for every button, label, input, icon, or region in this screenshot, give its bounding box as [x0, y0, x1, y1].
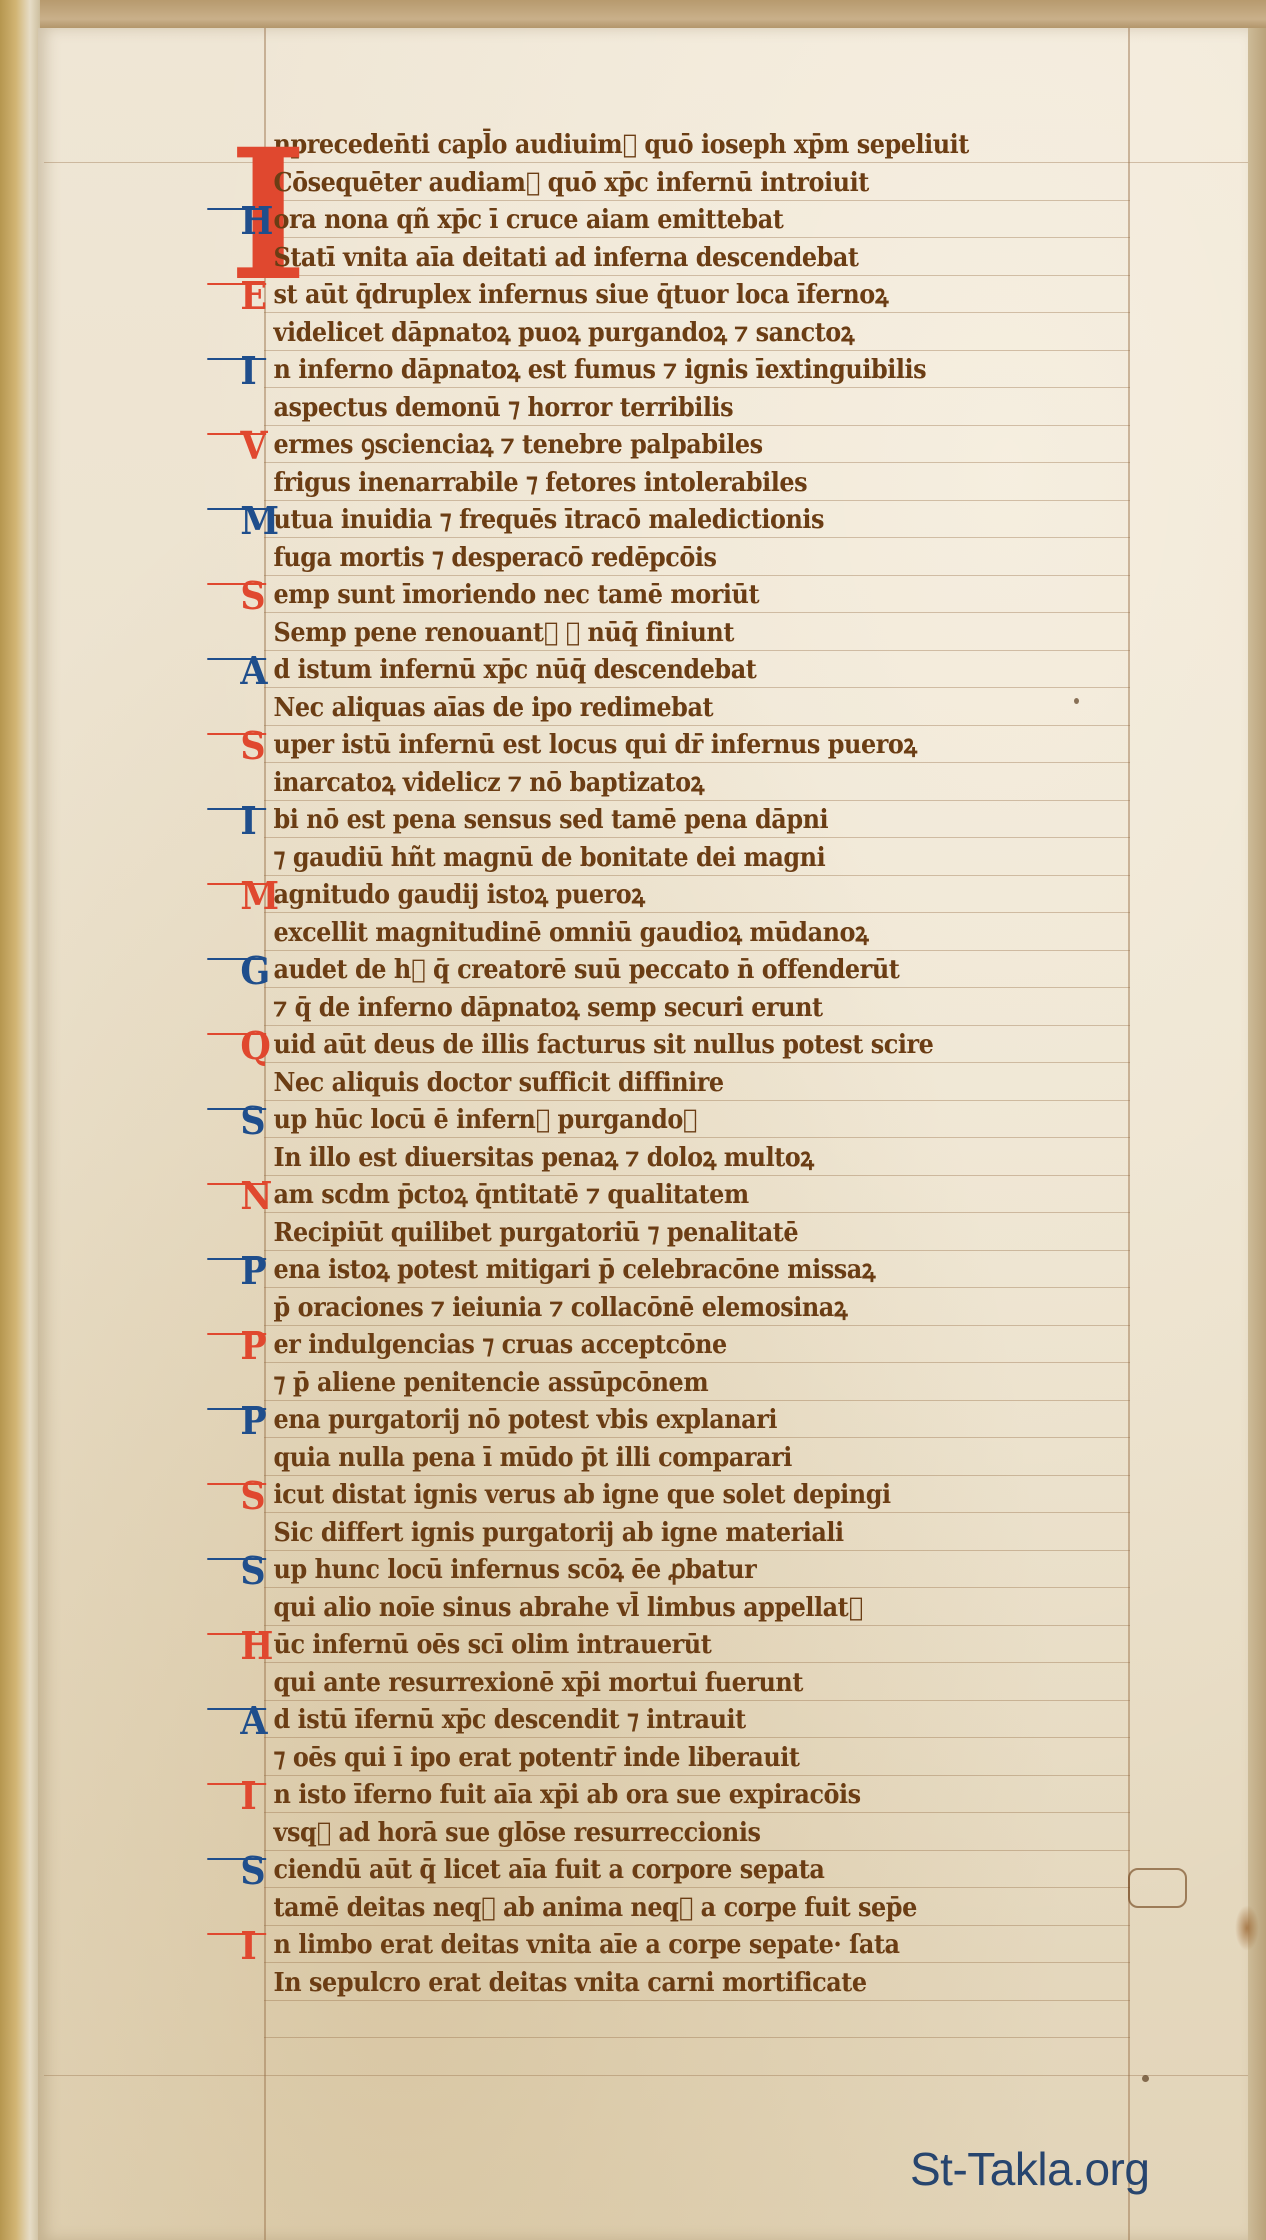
line-text: bi nō est pena sensus sed tamē pena dāpn… [268, 802, 828, 840]
line-text: uid aūt deus de illis facturus sit nullu… [268, 1027, 933, 1065]
line-text: d istum infernū xp̄c nūq̄ descendebat [268, 652, 756, 690]
manuscript-line: excellit magnitudinē omniū gaudioꝝ mūdan… [268, 915, 1096, 953]
manuscript-line: qui alio noīe sinus abrahe vl̄ limbus ap… [268, 1590, 1096, 1628]
line-text: Statī vnita aīa deitati ad inferna desce… [268, 240, 859, 278]
manuscript-line: Magnitudo gaudij istoꝝ pueroꝝ [268, 877, 1096, 915]
line-text: up hunc locū infernus scōꝝ ēe ꝓbatur [268, 1552, 756, 1590]
line-text: am scdm p̄ctoꝝ q̄ntitatē ⁊ qualitatem [268, 1177, 749, 1215]
manuscript-line: quia nulla pena ī mūdo p̄t illi comparar… [268, 1440, 1096, 1478]
line-text: n inferno dāpnatoꝝ est fumus ⁊ ignis īex… [268, 352, 926, 390]
initial-flourish [207, 808, 266, 810]
initial-flourish [207, 1783, 266, 1785]
manuscript-line: Hora nona qñ xp̄c ī cruce aiam emittebat [268, 202, 1096, 240]
rubricated-initial: S [240, 577, 265, 615]
rubricated-initial: H [240, 202, 273, 240]
line-text: p̄ oraciones ⁊ ieiunia ⁊ collacōnē elemo… [268, 1290, 847, 1328]
line-text: ūc infernū oēs scī olim intrauerūt [268, 1627, 711, 1665]
ruling-line [264, 2037, 1130, 2038]
manuscript-line: ⁊ p̄ aliene penitencie assūpcōnem [268, 1365, 1096, 1403]
manuscript-line: p̄ oraciones ⁊ ieiunia ⁊ collacōnē elemo… [268, 1290, 1096, 1328]
line-text: ⁊ gaudiū hñt magnū de bonitate dei magni [268, 840, 825, 878]
rubricated-initial: V [240, 427, 267, 465]
manuscript-line: Semp sunt īmoriendo nec tamē moriūt [268, 577, 1096, 615]
rubricated-initial: N [240, 1177, 271, 1215]
manuscript-line: Est aūt q̄druplex infernus siue q̄tuor l… [268, 277, 1096, 315]
manuscript-line: aspectus demonū ⁊ horror terribilis [268, 390, 1096, 428]
ink-stain [1235, 1905, 1259, 1951]
rubricated-initial: E [240, 277, 266, 315]
manuscript-line: tamē deitas neq᷒ ab anima neq᷒ a corpe f… [268, 1890, 1096, 1928]
manuscript-line: frigus inenarrabile ⁊ fetores intolerabi… [268, 465, 1096, 503]
line-text: In sepulcro erat deitas vnita carni mort… [268, 1965, 867, 2003]
line-text: quia nulla pena ī mūdo p̄t illi comparar… [268, 1440, 792, 1478]
line-text: Nec aliquis doctor sufficit diffinire [268, 1065, 724, 1103]
manuscript-line: vsq᷒ ad horā sue glōse resurreccionis [268, 1815, 1096, 1853]
manuscript-line: Sup hunc locū infernus scōꝝ ēe ꝓbatur [268, 1552, 1096, 1590]
ruling-line [44, 2075, 1248, 2076]
manuscript-line: Ibi nō est pena sensus sed tamē pena dāp… [268, 802, 1096, 840]
manuscript-line: ⁊ q̄ de inferno dāpnatoꝝ semp securi eru… [268, 990, 1096, 1028]
manuscript-line: ⁊ gaudiū hñt magnū de bonitate dei magni [268, 840, 1096, 878]
line-text: ciendū aūt q̄ licet aīa fuit a corpore s… [268, 1852, 824, 1890]
manuscript-line: Ad istū īfernū xp̄c descendit ⁊ intrauit [268, 1702, 1096, 1740]
rubricated-initial: S [240, 1477, 265, 1515]
manuscript-line: Gaudet de h᷒ q̄ creatorē suū peccato n̄ … [268, 952, 1096, 990]
rubricated-initial: I [240, 1777, 256, 1815]
rubricated-initial: H [240, 1627, 273, 1665]
manuscript-text-block: Inpreceden̄ti capl̄o audiuim᷒ quō ioseph… [268, 127, 1168, 2002]
line-text: ena purgatorij nō potest vbis explanari [268, 1402, 777, 1440]
manuscript-line: Statī vnita aīa deitati ad inferna desce… [268, 240, 1096, 278]
manuscript-line: fuga mortis ⁊ desperacō redēpcōis [268, 540, 1096, 578]
line-text: In illo est diuersitas penaꝝ ⁊ doloꝝ mul… [268, 1140, 814, 1178]
line-text: ena istoꝝ potest mitigari p̄ celebracōne… [268, 1252, 875, 1290]
manuscript-line: Sup hūc locū ē infern᷒ purgandoꝝ [268, 1102, 1096, 1140]
line-text: npreceden̄ti capl̄o audiuim᷒ quō ioseph … [268, 127, 969, 165]
rubricated-initial: P [240, 1402, 266, 1440]
ink-speck [1074, 698, 1079, 704]
manuscript-line: Pena purgatorij nō potest vbis explanari [268, 1402, 1096, 1440]
line-text: Sic differt ignis purgatorij ab igne mat… [268, 1515, 844, 1553]
manuscript-line: Inpreceden̄ti capl̄o audiuim᷒ quō ioseph… [268, 127, 1096, 165]
manuscript-line: Nec aliquas aīas de ipo redimebat [268, 690, 1096, 728]
rubricated-initial: I [240, 802, 256, 840]
manuscript-line: In inferno dāpnatoꝝ est fumus ⁊ ignis īe… [268, 352, 1096, 390]
manuscript-line: Sicut distat ignis verus ab igne que sol… [268, 1477, 1096, 1515]
manuscript-line: Quid aūt deus de illis facturus sit null… [268, 1027, 1096, 1065]
line-text: audet de h᷒ q̄ creatorē suū peccato n̄ o… [268, 952, 899, 990]
line-text: fuga mortis ⁊ desperacō redēpcōis [268, 540, 716, 578]
manuscript-line: qui ante resurrexionē xp̄i mortui fuerun… [268, 1665, 1096, 1703]
line-text: er indulgencias ⁊ cruas acceptcōne [268, 1327, 727, 1365]
manuscript-line: inarcatoꝝ videlicz ⁊ nō baptizatoꝝ [268, 765, 1096, 803]
rubricated-initial: Q [240, 1027, 270, 1065]
line-text: emp sunt īmoriendo nec tamē moriūt [268, 577, 759, 615]
line-text: ermes ꝯscienciaꝝ ⁊ tenebre palpabiles [268, 427, 763, 465]
manuscript-line: Semp pene renouant᷑ ⁊ nūq̄ finiunt [268, 615, 1096, 653]
manuscript-line: Cōsequēter audiam᷒ quō xp̄c infernū intr… [268, 165, 1096, 203]
manuscript-line: ⁊ oēs qui ī ipo erat potentr̄ inde liber… [268, 1740, 1096, 1778]
manuscript-line: In isto īferno fuit aīa xp̄i ab ora sue … [268, 1777, 1096, 1815]
rubricated-initial: S [240, 1102, 265, 1140]
line-text: frigus inenarrabile ⁊ fetores intolerabi… [268, 465, 807, 503]
rubricated-initial: I [240, 352, 256, 390]
manuscript-line: Super istū infernū est locus qui dr̄ inf… [268, 727, 1096, 765]
line-text: up hūc locū ē infern᷒ purgandoꝝ [268, 1102, 697, 1140]
line-text: ⁊ q̄ de inferno dāpnatoꝝ semp securi eru… [268, 990, 823, 1028]
manuscript-line: Nam scdm p̄ctoꝝ q̄ntitatē ⁊ qualitatem [268, 1177, 1096, 1215]
line-text: uper istū infernū est locus qui dr̄ infe… [268, 727, 917, 765]
line-text: qui ante resurrexionē xp̄i mortui fuerun… [268, 1665, 803, 1703]
manuscript-line: In sepulcro erat deitas vnita carni mort… [268, 1965, 1096, 2003]
line-text: Cōsequēter audiam᷒ quō xp̄c infernū intr… [268, 165, 869, 203]
ink-speck [1142, 2075, 1149, 2082]
manuscript-line: In limbo erat deitas vnita aīe a corpe s… [268, 1927, 1096, 1965]
manuscript-line: Per indulgencias ⁊ cruas acceptcōne [268, 1327, 1096, 1365]
line-text: agnitudo gaudij istoꝝ pueroꝝ [268, 877, 645, 915]
line-text: ⁊ oēs qui ī ipo erat potentr̄ inde liber… [268, 1740, 799, 1778]
rubricated-initial: G [240, 952, 269, 990]
rubricated-initial: S [240, 1852, 265, 1890]
line-text: excellit magnitudinē omniū gaudioꝝ mūdan… [268, 915, 868, 953]
line-text: utua inuidia ⁊ frequēs ītracō maledictio… [268, 502, 824, 540]
marginal-correction-box [1128, 1868, 1187, 1908]
line-text: ora nona qñ xp̄c ī cruce aiam emittebat [268, 202, 783, 240]
line-text: ⁊ p̄ aliene penitencie assūpcōnem [268, 1365, 708, 1403]
manuscript-line: Sciendū aūt q̄ licet aīa fuit a corpore … [268, 1852, 1096, 1890]
manuscript-line: Vermes ꝯscienciaꝝ ⁊ tenebre palpabiles [268, 427, 1096, 465]
manuscript-line: Nec aliquis doctor sufficit diffinire [268, 1065, 1096, 1103]
line-text: qui alio noīe sinus abrahe vl̄ limbus ap… [268, 1590, 863, 1628]
manuscript-line: In illo est diuersitas penaꝝ ⁊ doloꝝ mul… [268, 1140, 1096, 1178]
manuscript-line: Ad istum infernū xp̄c nūq̄ descendebat [268, 652, 1096, 690]
initial-flourish [207, 1933, 266, 1935]
initial-flourish [207, 358, 266, 360]
rubricated-initial: A [240, 652, 267, 690]
line-text: Recipiūt quilibet purgatoriū ⁊ penalitat… [268, 1215, 798, 1253]
rubricated-initial: P [240, 1327, 266, 1365]
line-text: Nec aliquas aīas de ipo redimebat [268, 690, 713, 728]
rubricated-initial: M [240, 877, 278, 915]
manuscript-line: Mutua inuidia ⁊ frequēs ītracō maledicti… [268, 502, 1096, 540]
rubricated-initial: A [240, 1702, 267, 1740]
manuscript-line: Pena istoꝝ potest mitigari p̄ celebracōn… [268, 1252, 1096, 1290]
line-text: icut distat ignis verus ab igne que sole… [268, 1477, 891, 1515]
rubricated-initial: I [240, 1927, 256, 1965]
rubricated-initial: M [240, 502, 278, 540]
rubricated-initial: S [240, 1552, 265, 1590]
rubricated-initial: P [240, 1252, 266, 1290]
line-text: inarcatoꝝ videlicz ⁊ nō baptizatoꝝ [268, 765, 704, 803]
manuscript-line: videlicet dāpnatoꝝ puoꝝ purgandoꝝ ⁊ sanc… [268, 315, 1096, 353]
line-text: d istū īfernū xp̄c descendit ⁊ intrauit [268, 1702, 746, 1740]
rubricated-initial: S [240, 727, 265, 765]
line-text: vsq᷒ ad horā sue glōse resurreccionis [268, 1815, 760, 1853]
line-text: videlicet dāpnatoꝝ puoꝝ purgandoꝝ ⁊ sanc… [268, 315, 854, 353]
watermark-st-takla: St-Takla.org [910, 2142, 1149, 2196]
book-binding-spine [0, 0, 40, 2240]
line-text: tamē deitas neq᷒ ab anima neq᷒ a corpe f… [268, 1890, 917, 1928]
line-text: aspectus demonū ⁊ horror terribilis [268, 390, 733, 428]
manuscript-line: Hūc infernū oēs scī olim intrauerūt [268, 1627, 1096, 1665]
line-text: Semp pene renouant᷑ ⁊ nūq̄ finiunt [268, 615, 734, 653]
manuscript-line: Sic differt ignis purgatorij ab igne mat… [268, 1515, 1096, 1553]
line-text: n limbo erat deitas vnita aīe a corpe se… [268, 1927, 900, 1965]
line-text: n isto īferno fuit aīa xp̄i ab ora sue e… [268, 1777, 861, 1815]
manuscript-line: Recipiūt quilibet purgatoriū ⁊ penalitat… [268, 1215, 1096, 1253]
line-text: st aūt q̄druplex infernus siue q̄tuor lo… [268, 277, 888, 315]
